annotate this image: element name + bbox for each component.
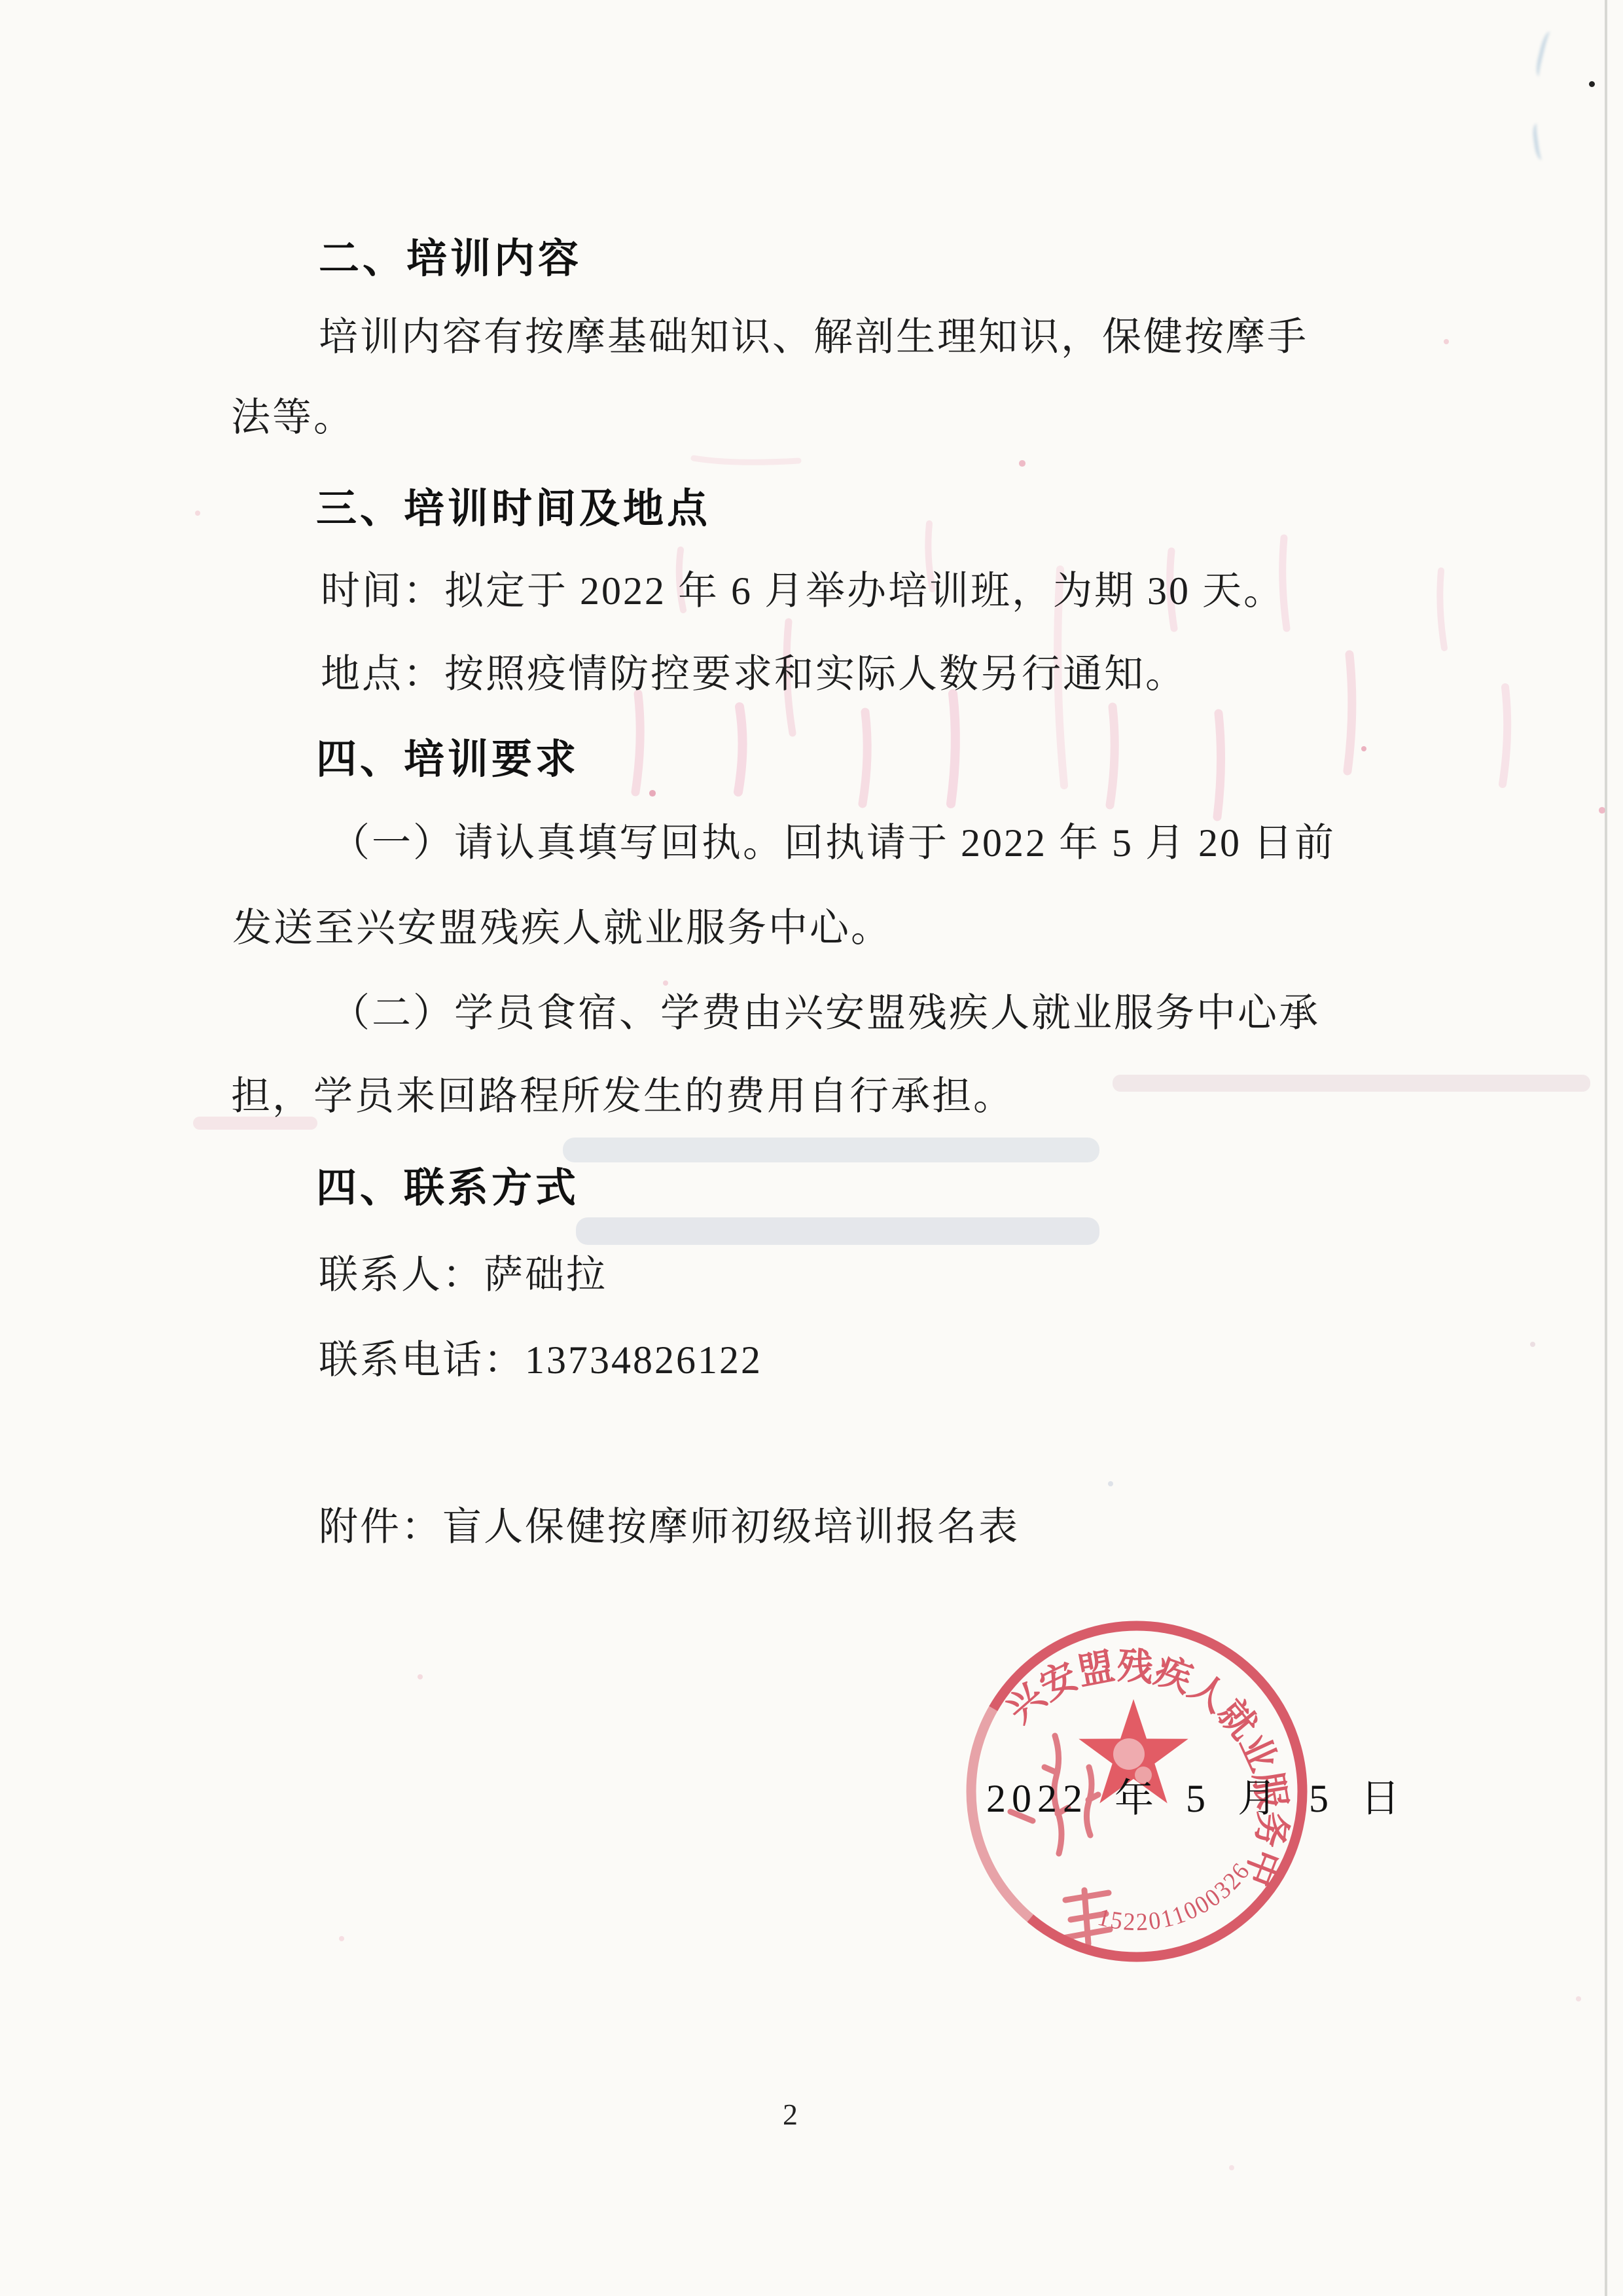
scan-edge-line [1605, 0, 1607, 2296]
date-line: 2022 年 5 月 5 日 [986, 1767, 1406, 1823]
seal-org-name: 兴安盟残疾人就业服务中心 [0, 0, 1293, 1892]
star-wear-spot [1113, 1738, 1145, 1770]
official-red-seal: 兴安盟残疾人就业服务中心 1522011000326 [0, 0, 1623, 2296]
ink-dot-artifact [1589, 81, 1595, 87]
scanned-document-page: 二、培训内容 培训内容有按摩基础知识、解剖生理知识，保健按摩手 法等。 三、培训… [0, 0, 1623, 2296]
